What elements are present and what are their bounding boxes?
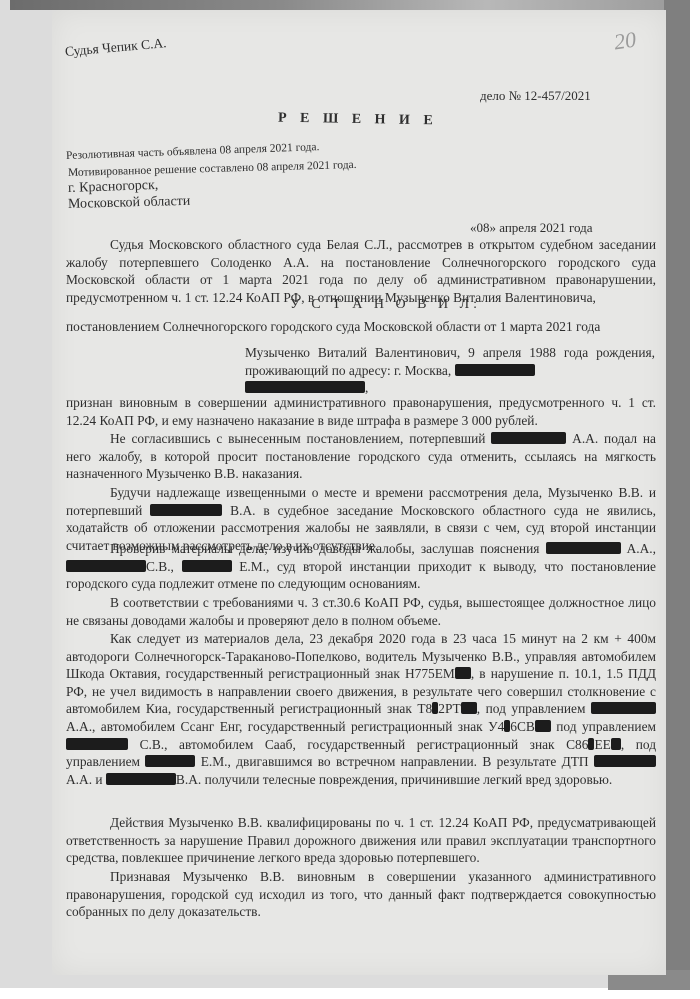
- ruling-line: постановлением Солнечногорского городско…: [66, 318, 656, 336]
- handwritten-page-number: 20: [612, 27, 637, 56]
- defendant-text: Музыченко Виталий Валентинович, 9 апреля…: [245, 345, 655, 378]
- redaction: [182, 560, 232, 572]
- scan-top-shadow: [10, 0, 690, 10]
- guilty-paragraph: признан виновным в совершении администра…: [66, 394, 656, 429]
- redaction: [455, 364, 535, 376]
- redaction: [591, 702, 656, 714]
- redaction: [150, 504, 222, 516]
- conclusion-paragraph: Признавая Музыченко В.В. виновным в сове…: [66, 868, 656, 921]
- redaction: [66, 560, 146, 572]
- established-heading: У С Т А Н О В И Л:: [290, 297, 481, 313]
- city-line-2: Московской области: [68, 194, 191, 213]
- redaction: [594, 755, 656, 767]
- redaction: [611, 738, 621, 750]
- facts-paragraph: Как следует из материалов дела, 23 декаб…: [66, 630, 656, 788]
- redaction: [546, 542, 621, 554]
- appeal-paragraph: Не согласившись с вынесенным постановлен…: [66, 430, 656, 483]
- intro-paragraph: Судья Московского областного суда Белая …: [66, 236, 656, 306]
- defendant-block: Музыченко Виталий Валентинович, 9 апреля…: [245, 344, 655, 397]
- review-paragraph: Проверив материалы дела, изучив доводы ж…: [66, 540, 656, 593]
- redaction: [455, 667, 471, 679]
- redaction: [145, 755, 195, 767]
- case-number: дело № 12-457/2021: [480, 88, 591, 104]
- redaction: [461, 702, 477, 714]
- qualification-paragraph: Действия Музыченко В.В. квалифицированы …: [66, 814, 656, 867]
- scan-right-edge: [664, 0, 690, 990]
- redaction: [66, 738, 128, 750]
- decision-date: «08» апреля 2021 года: [470, 220, 593, 236]
- document-title: Р Е Ш Е Н И Е: [278, 111, 438, 130]
- law-paragraph: В соответствии с требованиями ч. 3 ст.30…: [66, 594, 656, 629]
- redaction: [535, 720, 551, 732]
- redaction: [106, 773, 176, 785]
- redaction: [491, 432, 566, 444]
- redaction: [245, 381, 365, 393]
